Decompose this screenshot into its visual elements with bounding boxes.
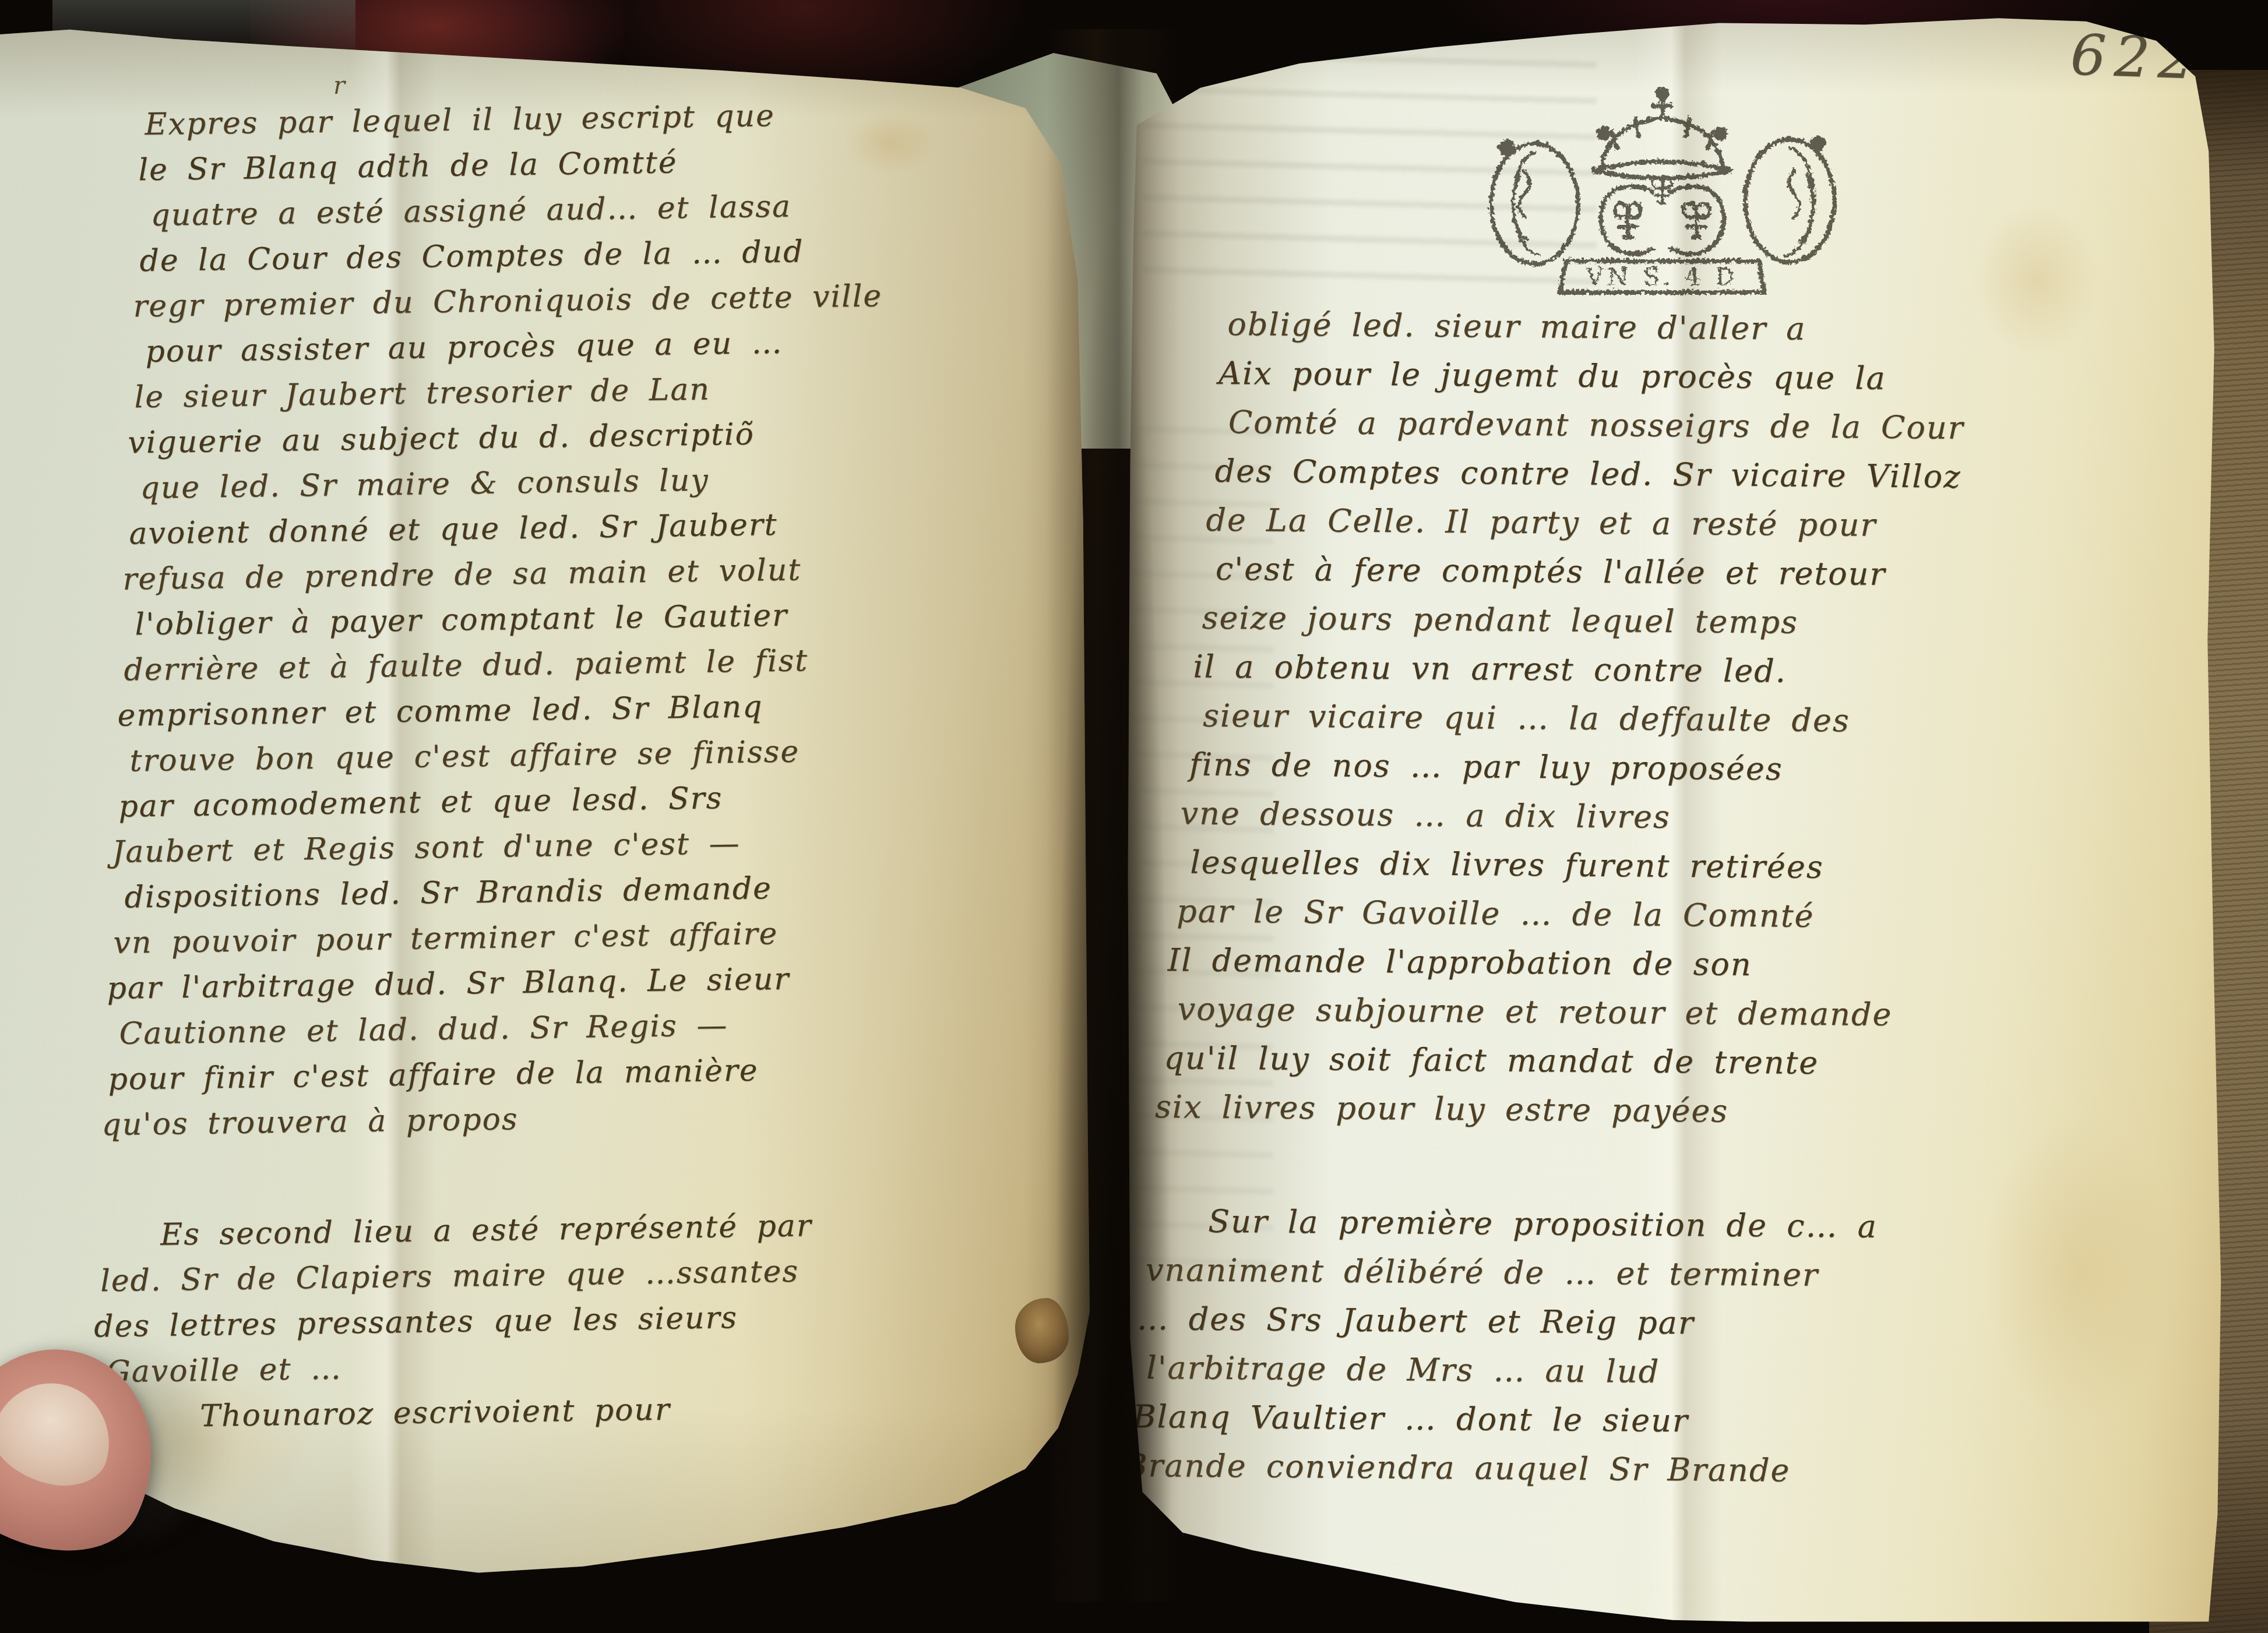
folio-number: 622 [2069,22,2203,92]
manuscript-line: voyage subjourne et retour et demande [1177,985,2136,1041]
manuscript-line: seize jours pendant lequel temps [1202,594,2170,650]
manuscript-line: des Comptes contre led. Sr vicaire Villo… [1214,447,2182,503]
manuscript-line: par le Sr Gavoille … de la Comnté [1177,887,2144,943]
manuscript-line: six livres pour luy estre payées [1155,1082,2128,1139]
manuscript-line: c'est à fere comptés l'allée et retour [1216,545,2174,601]
right-page-text: obligé led. sieur maire d'aller a Aix po… [1126,300,2197,1498]
fleur-de-lis-icon [1651,177,1670,202]
stamp-left-scroll [1490,142,1577,263]
manuscript-book-photo: r Expres par lequel il luy escript que l… [0,0,2268,1633]
thumbnail [0,1369,123,1497]
corner-mark: r [333,71,345,100]
manuscript-line: l'arbitrage de Mrs … au lud [1146,1343,2105,1400]
royal-tax-stamp: VN S. 4 D [1480,77,1841,310]
fleur-de-lis-icon [1682,202,1708,236]
wormhole-damage [1015,1298,1069,1363]
manuscript-line: il a obtenu vn arrest contre led. [1193,643,2165,699]
manuscript-line: Aix pour le jugemt du procès que la [1218,349,2191,405]
manuscript-line: Sur la première proposition de c… a [1159,1197,2118,1253]
crown-icon [1591,87,1730,177]
fleur-de-lis-icon [1614,202,1639,236]
manuscript-line: fins de nos … par luy proposées [1189,740,2157,796]
manuscript-line: lesquelles dix livres furent retirées [1190,838,2149,895]
manuscript-line: vne dessous … a dix livres [1180,789,2153,845]
manuscript-line: vnaniment délibéré de … et terminer [1145,1246,2113,1302]
manuscript-line: de La Celle. Il party et a resté pour [1206,496,2178,552]
manuscript-line: qu'il luy soit faict mandat de trente [1164,1034,2132,1090]
stamp-engraving: VN S. 4 D [1490,87,1833,291]
manuscript-line: … des Srs Jaubert et Reig par [1136,1295,2109,1351]
manuscript-line: sieur vicaire qui … la deffaulte des [1203,692,2161,748]
left-page-text: Expres par lequel il luy escript que le … [94,89,1066,1441]
manuscript-line: obligé led. sieur maire d'aller a [1227,300,2195,357]
stamp-right-scroll [1744,138,1833,261]
manuscript-line: Blanq Vaultier … dont le sieur [1133,1392,2101,1449]
manuscript-line: Il demande l'approbation de son [1168,936,2140,992]
manuscript-line: Brande conviendra auquel Sr Brande [1124,1441,2096,1498]
right-page[interactable]: 622 [1110,12,2223,1633]
stamp-denomination-text: VN S. 4 D [1584,262,1737,290]
manuscript-line: Comté a pardevant nosseigrs de la Cour [1228,398,2186,454]
